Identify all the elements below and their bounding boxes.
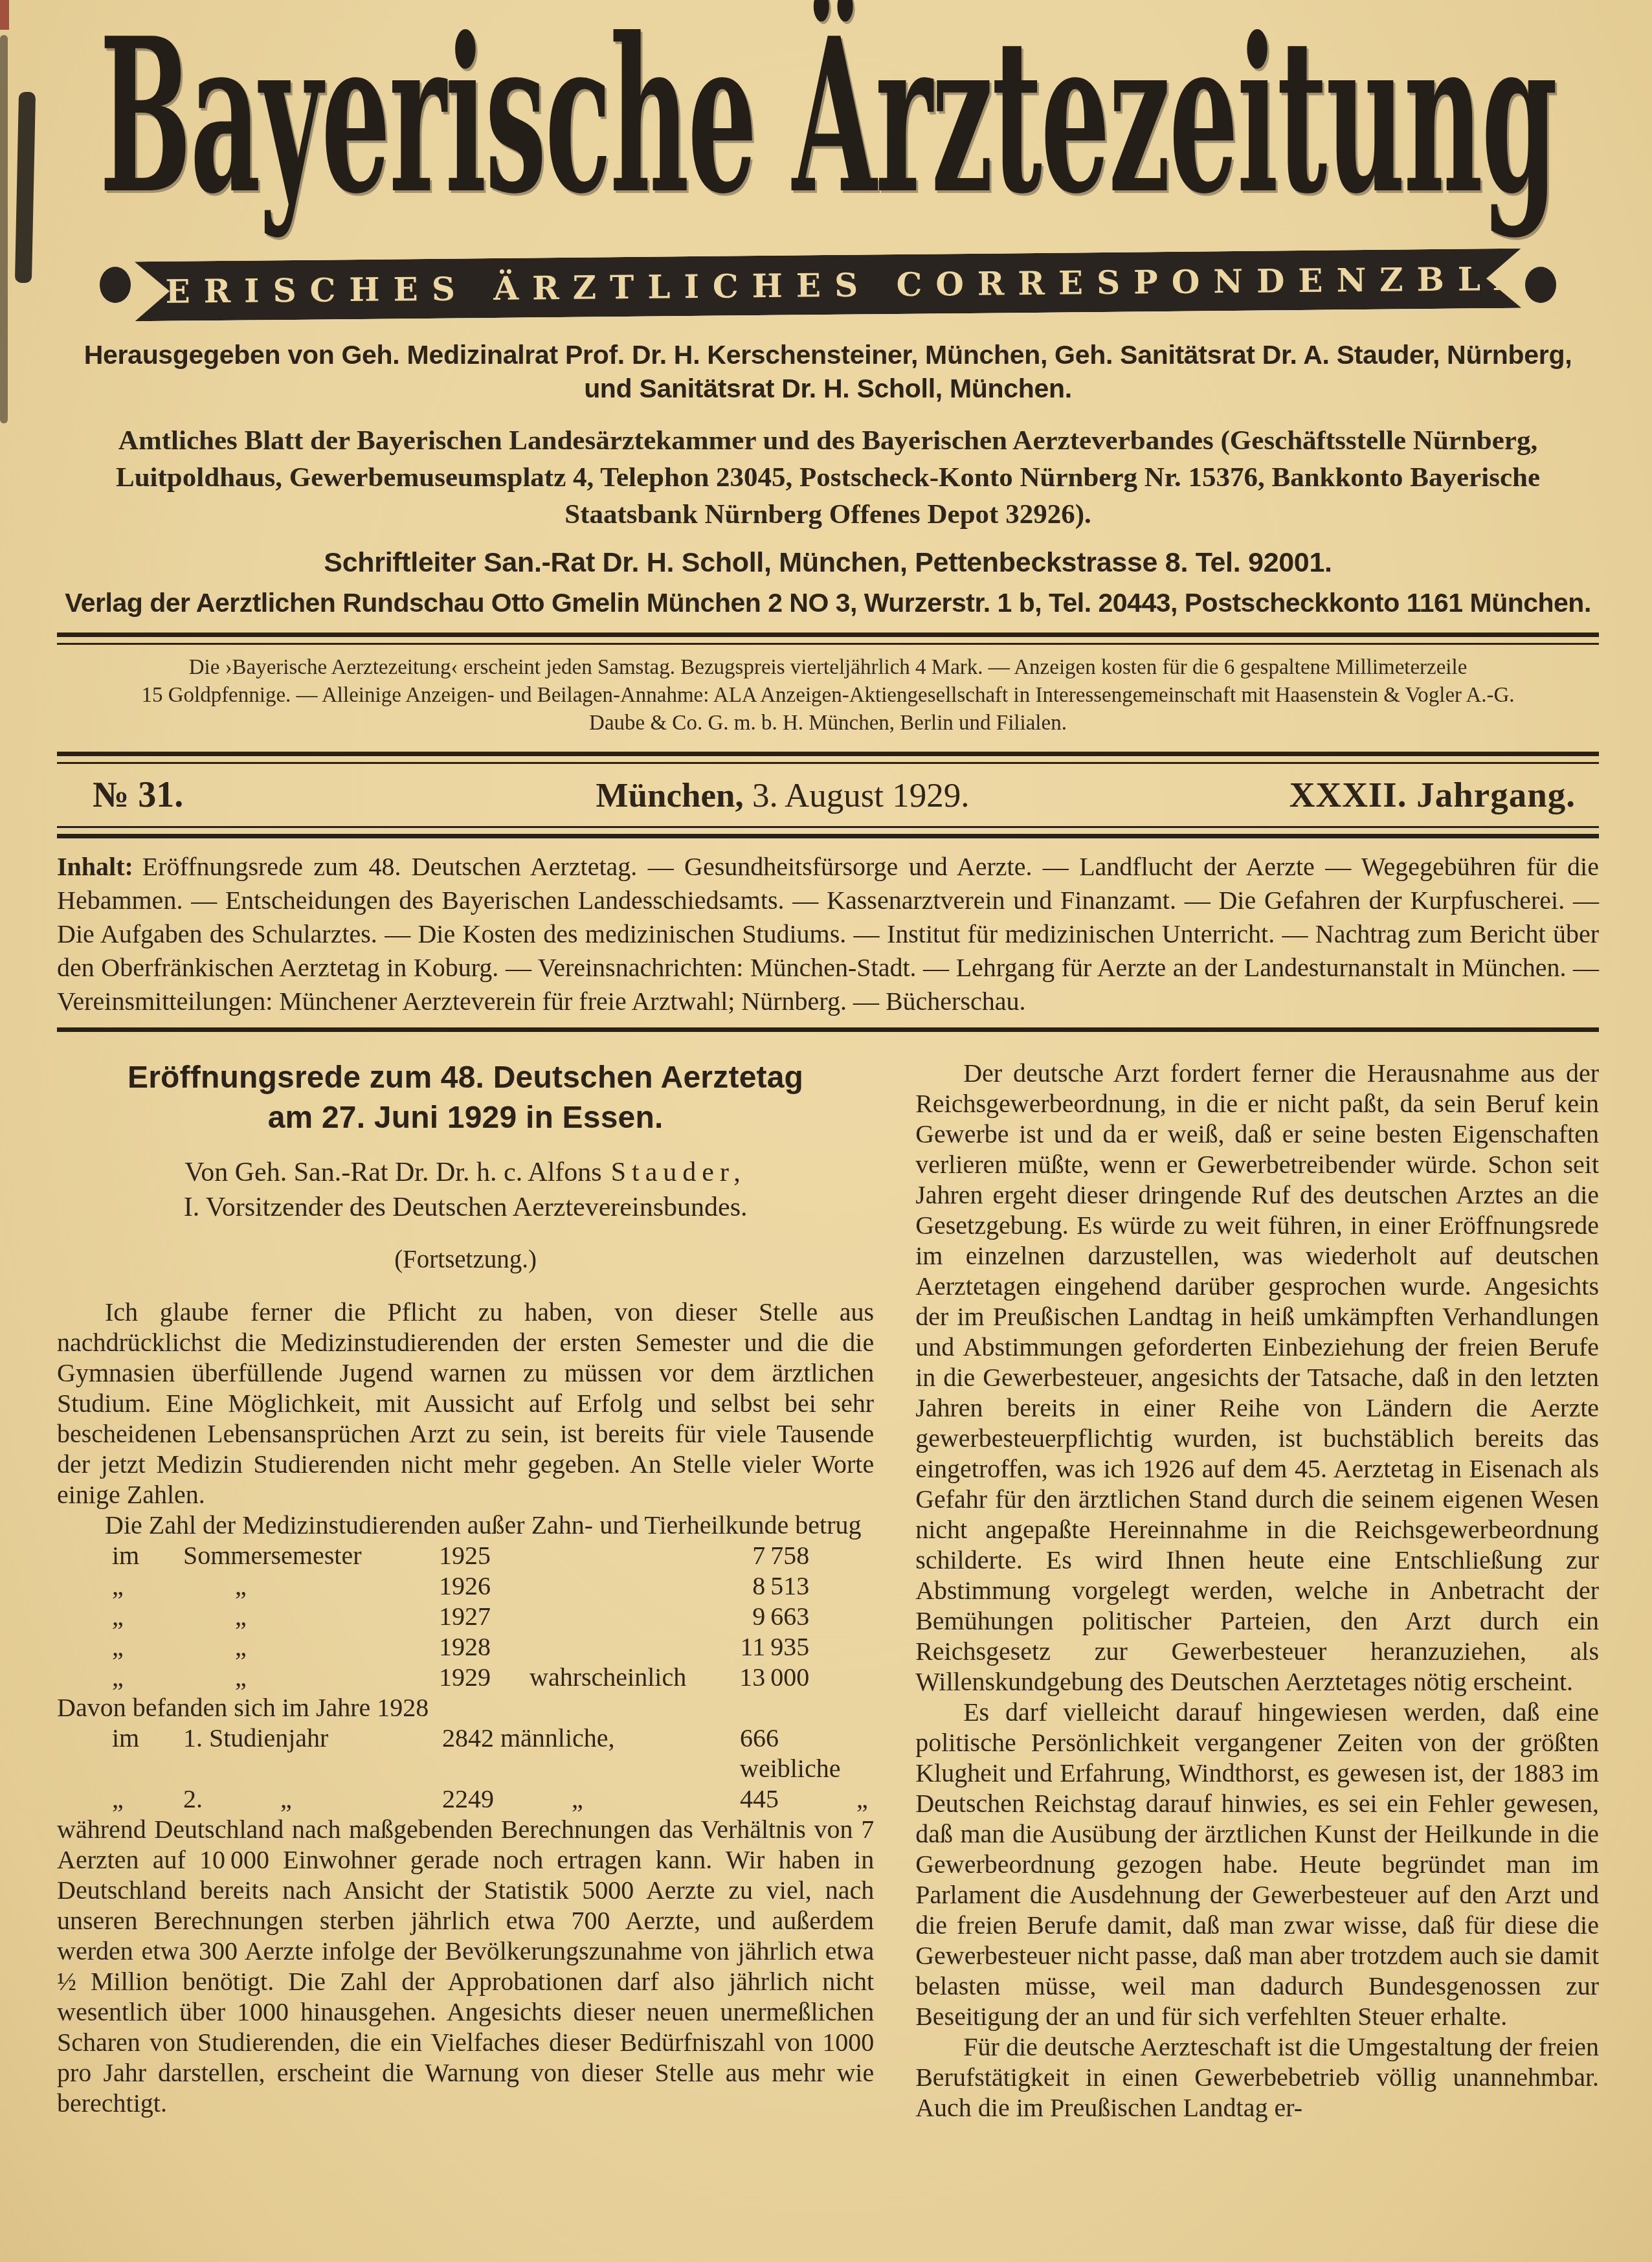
enrollment-table: im Sommersemester 1925 7 758 „ „ 1926 8 … <box>57 1540 874 1692</box>
rule-thick <box>57 752 1599 756</box>
paragraph-davon: Davon befanden sich im Jahre 1928 <box>57 1692 874 1723</box>
enrollment-row: „ „ 1929 wahrscheinlich 13 000 <box>57 1662 874 1692</box>
enrollment-cell: „ <box>112 1662 183 1692</box>
enrollment-note <box>530 1571 686 1601</box>
masthead-title: Bayerische Ärztezeitung <box>100 0 1556 241</box>
enrollment-year: 1925 <box>439 1540 530 1571</box>
paragraph-left-1: Ich glaube ferner die Pflicht zu haben, … <box>57 1297 874 1510</box>
ribbon-left-dot-icon <box>100 267 131 303</box>
enrollment-row: „ „ 1926 8 513 <box>57 1571 874 1601</box>
ribbon-band: BAYERISCHES ÄRZTLICHES CORRESPONDENZBLAT… <box>135 249 1522 322</box>
study-cell: im <box>112 1723 183 1784</box>
study-year-row: im 1. Studienjahr 2842 männliche, 666 we… <box>57 1723 874 1784</box>
enrollment-row: „ „ 1927 9 663 <box>57 1601 874 1631</box>
enrollment-year: 1927 <box>439 1601 530 1631</box>
study-cell: „ <box>112 1784 183 1814</box>
study-year-row: „ 2. „ 2249 „ 445 „ <box>57 1784 874 1814</box>
rule-thin <box>57 762 1599 764</box>
continuation-note: (Fortsetzung.) <box>57 1244 874 1275</box>
enrollment-note: wahrscheinlich <box>530 1662 686 1692</box>
issue-place-date: München, 3. August 1929. <box>335 776 1230 815</box>
enrollment-value: 8 513 <box>686 1571 809 1601</box>
study-cell: 445 „ <box>740 1784 874 1814</box>
article-column-right: Der deutsche Arzt fordert ferner die Her… <box>915 1058 1599 2123</box>
issue-volume: XXXII. Jahrgang. <box>1230 774 1599 815</box>
subscription-info: Die ›Bayerische Aerztezeitung‹ erscheint… <box>57 654 1599 737</box>
enrollment-note <box>530 1631 686 1662</box>
enrollment-cell: „ <box>112 1631 183 1662</box>
rule-thin <box>57 826 1599 828</box>
byline-prefix: Von Geh. San.-Rat Dr. Dr. h. c. Alfons <box>184 1158 601 1187</box>
scan-artifact-edge <box>0 35 8 423</box>
study-cell: 1. Studienjahr <box>183 1723 442 1784</box>
byline-role: I. Vorsitzender des Deutschen Aerztevere… <box>184 1193 748 1222</box>
contents-summary: Inhalt:Eröffnungsrede zum 48. Deutschen … <box>57 850 1599 1018</box>
enrollment-value: 11 935 <box>686 1631 809 1662</box>
enrollment-cell: Sommersemester <box>183 1540 439 1571</box>
scan-artifact-bar <box>15 92 36 283</box>
study-year-table: im 1. Studienjahr 2842 männliche, 666 we… <box>57 1723 874 1814</box>
enrollment-value: 9 663 <box>686 1601 809 1631</box>
masthead-subtitle: BAYERISCHES ÄRZTLICHES CORRESPONDENZBLAT… <box>50 258 1605 311</box>
paragraph-right-3: Für die deutsche Aerzteschaft ist die Um… <box>915 2032 1599 2123</box>
ribbon: BAYERISCHES ÄRZTLICHES CORRESPONDENZBLAT… <box>100 255 1556 315</box>
byline-author-name: Stauder, <box>611 1158 746 1187</box>
rule-below-contents <box>57 1027 1599 1032</box>
issue-band: № 31. München, 3. August 1929. XXXII. Ja… <box>57 774 1599 816</box>
separator-rule-pair-above-issue <box>57 752 1599 764</box>
ribbon-right-dot-icon <box>1525 267 1556 303</box>
article-title: Eröffnungsrede zum 48. Deutschen Aerztet… <box>57 1058 874 1138</box>
enrollment-cell: „ <box>183 1601 439 1631</box>
masthead: Bayerische Ärztezeitung <box>57 13 1599 241</box>
enrollment-year: 1926 <box>439 1571 530 1601</box>
enrollment-note <box>530 1540 686 1571</box>
issue-number: № 31. <box>57 774 335 816</box>
enrollment-value: 13 000 <box>686 1662 809 1692</box>
publisher-info: Herausgegeben von Geh. Medizinalrat Prof… <box>57 338 1599 405</box>
rule-thin <box>57 643 1599 645</box>
study-cell: 2. „ <box>183 1784 442 1814</box>
enrollment-cell: „ <box>112 1571 183 1601</box>
paragraph-left-3: während Deutschland nach maßgebenden Ber… <box>57 1814 874 2118</box>
enrollment-cell: „ <box>183 1662 439 1692</box>
paragraph-right-2: Es darf vielleicht darauf hingewiesen we… <box>915 1697 1599 2032</box>
issue-place: München, <box>596 777 743 814</box>
article-column-left: Eröffnungsrede zum 48. Deutschen Aerztet… <box>57 1058 874 2123</box>
separator-rule-pair-below-issue <box>57 826 1599 838</box>
enrollment-cell: „ <box>183 1571 439 1601</box>
enrollment-note <box>530 1601 686 1631</box>
paragraph-right-1: Der deutsche Arzt fordert ferner die Her… <box>915 1058 1599 1697</box>
enrollment-row: „ „ 1928 11 935 <box>57 1631 874 1662</box>
enrollment-cell: „ <box>112 1601 183 1631</box>
rule-thick <box>57 834 1599 838</box>
enrollment-row: im Sommersemester 1925 7 758 <box>57 1540 874 1571</box>
enrollment-cell: im <box>112 1540 183 1571</box>
official-blatt-info: Amtliches Blatt der Bayerischen Landesär… <box>57 422 1599 533</box>
study-cell: 2842 männliche, <box>442 1723 740 1784</box>
study-cell: 666 weibliche <box>740 1723 874 1784</box>
rule-thick <box>57 633 1599 637</box>
enrollment-cell: „ <box>183 1631 439 1662</box>
enrollment-year: 1929 <box>439 1662 530 1692</box>
paragraph-left-2: Die Zahl der Medizinstudierenden außer Z… <box>57 1510 874 1540</box>
contents-text: Eröffnungsrede zum 48. Deutschen Aerztet… <box>57 852 1599 1016</box>
enrollment-value: 7 758 <box>686 1540 809 1571</box>
article-columns: Eröffnungsrede zum 48. Deutschen Aerztet… <box>57 1058 1599 2123</box>
enrollment-year: 1928 <box>439 1631 530 1662</box>
schriftleiter-line: Schriftleiter San.-Rat Dr. H. Scholl, Mü… <box>57 547 1599 579</box>
scan-artifact-red-mark <box>0 0 9 30</box>
separator-rule-pair-top <box>57 633 1599 645</box>
study-cell: 2249 „ <box>442 1784 740 1814</box>
issue-date: 3. August 1929. <box>744 777 970 814</box>
article-byline: Von Geh. San.-Rat Dr. Dr. h. c. AlfonsSt… <box>57 1155 874 1225</box>
newspaper-page: Bayerische Ärztezeitung BAYERISCHES ÄRZT… <box>0 0 1652 2262</box>
contents-label: Inhalt: <box>57 852 133 881</box>
verlag-line: Verlag der Aerztlichen Rundschau Otto Gm… <box>57 588 1599 618</box>
